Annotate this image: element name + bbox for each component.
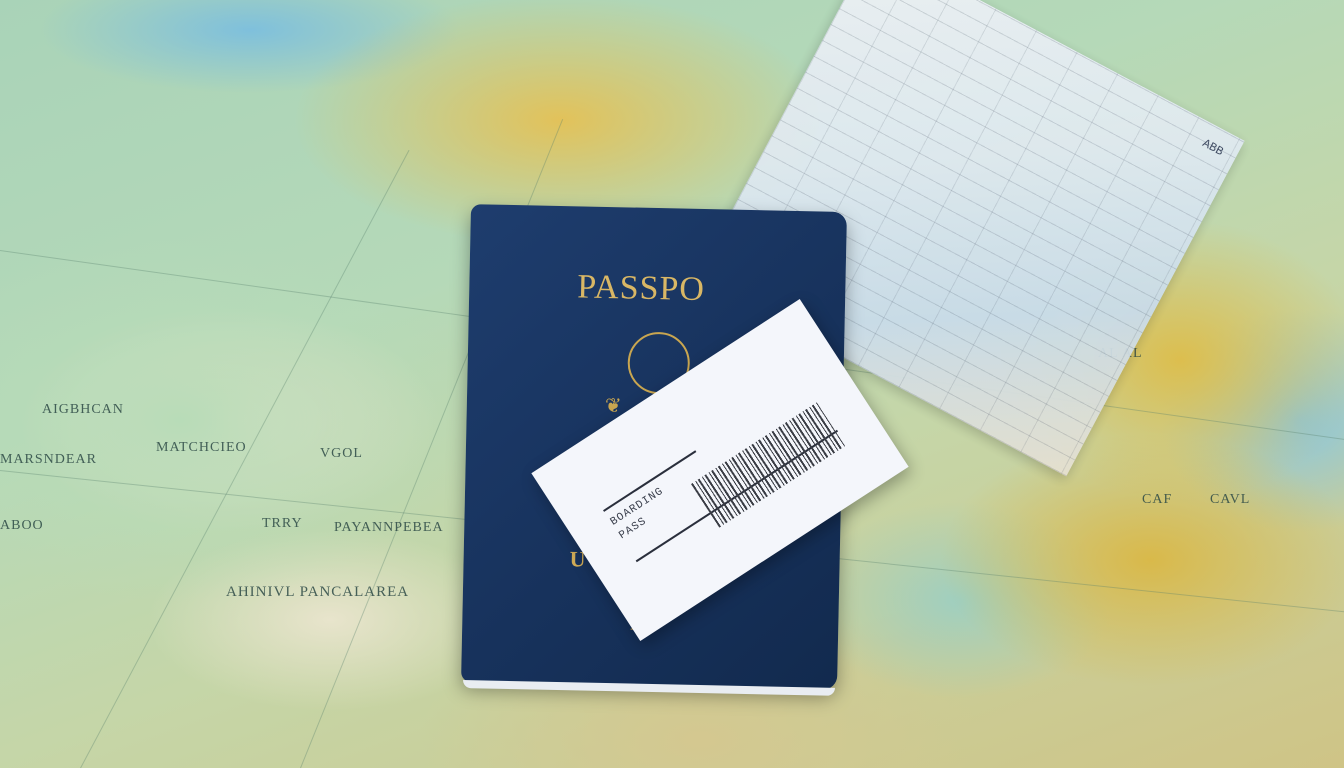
barcode [691,402,845,527]
map-label: ABOO [0,518,44,534]
map-label: MATCHCIEO [156,440,247,456]
map-label: AHINIVL PANCALAREA [226,584,409,601]
map-label: CAVL [1210,492,1250,508]
map-label: AIGBHCAN [42,402,124,418]
map-label: PAYANNPEBEA [334,520,444,536]
map-label: VGOL [320,446,363,462]
receipt-text: ABB [1200,136,1226,159]
passport-title: PASSPO [577,268,705,309]
map-label: MARSNDEAR [0,452,97,468]
map-label: TRRY [262,516,303,532]
laurel-icon: ❦ [605,393,622,418]
photo-scene: AIGBHCAN MATCHCIEO MARSNDEAR VGOL TRRY P… [0,0,1344,768]
map-label: CAF [1142,492,1172,508]
